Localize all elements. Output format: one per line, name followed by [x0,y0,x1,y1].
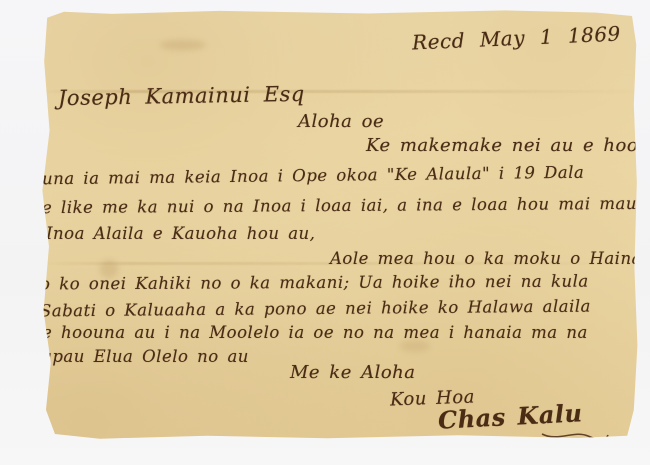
received-date-note: Recd May 1 1869 [412,21,622,54]
letter-body-line: apau Elua Olelo no au [42,347,249,366]
closing-salutation: Me ke Aloha [290,362,416,383]
scanned-letter-image: Recd May 1 1869 Joseph Kamainui Esq Aloh… [0,0,650,465]
letter-body-line: e hoouna au i na Moolelo ia oe no na mea… [42,323,588,342]
addressee-line: Joseph Kamainui Esq [58,82,305,110]
letter-body-line: o ko onei Kahiki no o ka makani; Ua hoik… [40,272,589,294]
letter-paper: Recd May 1 1869 Joseph Kamainui Esq Aloh… [40,10,638,440]
signature-flourish-icon [540,428,610,444]
greeting-line: Aloha oe [298,111,384,132]
letter-opening-line: Ke makemake nei au e hoo [366,135,638,156]
letter-body-line: e like me ka nui o na Inoa i loaa iai, a… [42,194,637,217]
letter-body-line: Sabati o Kaluaaha a ka pono ae nei hoike… [40,297,591,321]
letter-body-line: una ia mai ma keia Inoa i Ope okoa "Ke A… [42,163,585,189]
letter-body-line: Inoa Alaila e Kauoha hou au, [46,224,315,243]
letter-body-line: Aole mea hou o ka moku o Haina [330,249,642,268]
paper-stain [160,40,206,50]
